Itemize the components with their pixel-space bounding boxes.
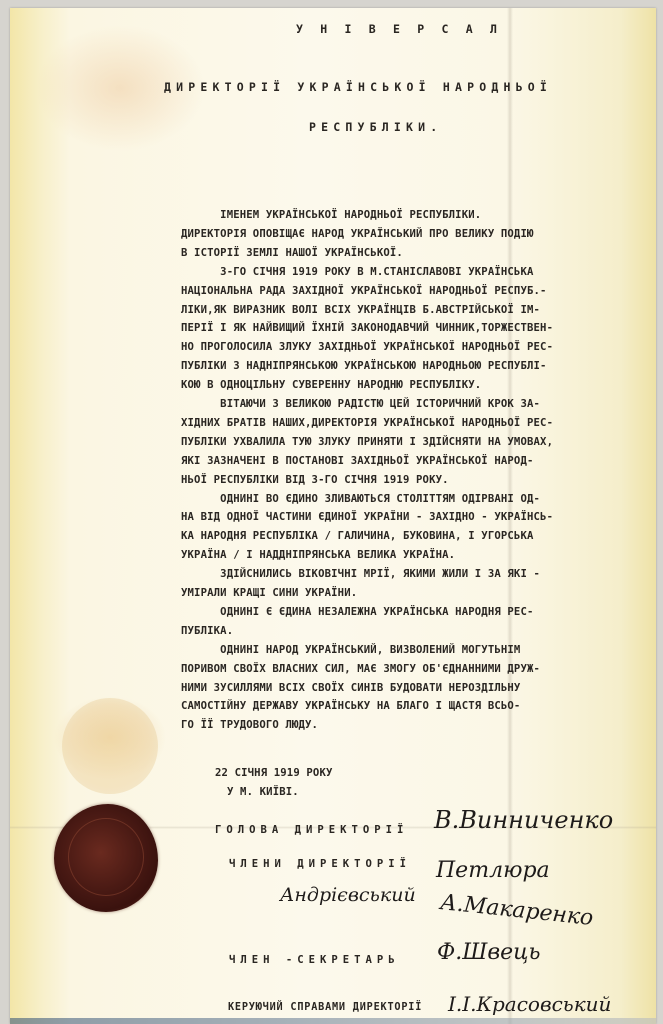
seal-stain bbox=[62, 698, 158, 794]
body-line: НАЦІОНАЛЬНА РАДА ЗАХІДНОЇ УКРАЇНСЬКОЇ НА… bbox=[181, 285, 547, 297]
body-line: В ІСТОРІЇ ЗЕМЛІ НАШОЇ УКРАЇНСЬКОЇ. bbox=[181, 247, 403, 259]
body-line: ІМЕНЕМ УКРАЇНСЬКОЇ НАРОДНЬОЇ РЕСПУБЛІКИ. bbox=[181, 209, 481, 221]
body-line: З-ГО СІЧНЯ 1919 РОКУ В М.СТАНІСЛАВОВІ УК… bbox=[181, 266, 534, 278]
body-line: ПОРИВОМ СВОЇХ ВЛАСНИХ СИЛ, МАЄ ЗМОГУ ОБ'… bbox=[181, 663, 540, 675]
head-of-directory-label: ГОЛОВА ДИРЕКТОРІЇ bbox=[215, 824, 408, 836]
manager-signature: І.І.Красовський bbox=[448, 992, 611, 1016]
head-signature: В.Винниченко bbox=[434, 806, 613, 834]
member-signature-petliura: Петлюра bbox=[436, 858, 550, 883]
document-title: У Н І В Е Р С А Л bbox=[296, 22, 502, 36]
document-subtitle-line-1: ДИРЕКТОРІЇ УКРАЇНСЬКОЇ НАРОДНЬОЇ bbox=[164, 80, 552, 94]
body-line: ОДНИНІ ВО ЄДИНО ЗЛИВАЮТЬСЯ СТОЛІТТЯМ ОДІ… bbox=[181, 493, 540, 505]
body-line: УМІРАЛИ КРАЩІ СИНИ УКРАЇНИ. bbox=[181, 587, 357, 599]
body-line: НО ПРОГОЛОСИЛА ЗЛУКУ ЗАХІДНЬОЇ УКРАЇНСЬК… bbox=[181, 341, 553, 353]
body-line: ОДНИНІ НАРОД УКРАЇНСЬКИЙ, ВИЗВОЛЕНИЙ МОГ… bbox=[181, 644, 520, 656]
seal-ring bbox=[68, 818, 144, 896]
secretary-signature: Ф.Швець bbox=[437, 940, 541, 965]
body-line: НЬОЇ РЕСПУБЛІКИ ВІД З-ГО СІЧНЯ 1919 РОКУ… bbox=[181, 474, 449, 486]
body-line: УКРАЇНА / І НАДДНІПРЯНСЬКА ВЕЛИКА УКРАЇН… bbox=[181, 549, 455, 561]
manager-label: КЕРУЮЧИЙ СПРАВАМИ ДИРЕКТОРІЇ bbox=[228, 1002, 422, 1013]
body-line: ХІДНИХ БРАТІВ НАШИХ,ДИРЕКТОРІЯ УКРАЇНСЬК… bbox=[181, 417, 553, 429]
body-line: ЛІКИ,ЯК ВИРАЗНИК ВОЛІ ВСІХ УКРАЇНЦІВ Б.А… bbox=[181, 304, 540, 316]
body-line: НИМИ ЗУСИЛЛЯМИ ВСІХ СВОЇХ СИНІВ БУДОВАТИ… bbox=[181, 682, 520, 694]
body-line: ЯКІ ЗАЗНАЧЕНІ В ПОСТАНОВІ ЗАХІДНЬОЇ УКРА… bbox=[181, 455, 534, 467]
body-line: НА ВІД ОДНОЇ ЧАСТИНИ ЄДИНОЇ УКРАЇНИ - ЗА… bbox=[181, 511, 553, 523]
place-line: У М. КИЇВІ. bbox=[227, 786, 299, 798]
document-subtitle-line-2: РЕСПУБЛІКИ. bbox=[309, 120, 442, 134]
body-line: КА НАРОДНЯ РЕСПУБЛІКА / ГАЛИЧИНА, БУКОВИ… bbox=[181, 530, 534, 542]
wax-seal-icon bbox=[54, 804, 158, 912]
member-signature-andriievskyi: Андрієвський bbox=[280, 884, 416, 906]
body-line: САМОСТІЙНУ ДЕРЖАВУ УКРАЇНСЬКУ НА БЛАГО І… bbox=[181, 700, 520, 712]
body-line: ОДНИНІ Є ЄДИНА НЕЗАЛЕЖНА УКРАЇНСЬКА НАРО… bbox=[181, 606, 534, 618]
body-line: ПУБЛІКИ УХВАЛИЛА ТУЮ ЗЛУКУ ПРИНЯТИ І ЗДІ… bbox=[181, 436, 553, 448]
body-line: ДИРЕКТОРІЯ ОПОВІЩАЄ НАРОД УКРАЇНСЬКИЙ ПР… bbox=[181, 228, 534, 240]
body-line: КОЮ В ОДНОЦІЛЬНУ СУВЕРЕННУ НАРОДНЮ РЕСПУ… bbox=[181, 379, 481, 391]
body-line: ПЕРІЇ І ЯК НАЙВИЩИЙ ЇХНІЙ ЗАКОНОДАВЧИЙ Ч… bbox=[181, 322, 553, 334]
body-line: ВІТАЮЧИ З ВЕЛИКОЮ РАДІСТЮ ЦЕЙ ІСТОРИЧНИЙ… bbox=[181, 398, 540, 410]
body-line: ПУБЛІКА. bbox=[181, 625, 233, 637]
secretary-label: ЧЛЕН -СЕКРЕТАРЬ bbox=[229, 954, 400, 966]
date-line: 22 СІЧНЯ 1919 РОКУ bbox=[215, 767, 333, 779]
body-line: ЗДІЙСНИЛИСЬ ВІКОВІЧНІ МРІЇ, ЯКИМИ ЖИЛИ І… bbox=[181, 568, 540, 580]
body-line: ГО ЇЇ ТРУДОВОГО ЛЮДУ. bbox=[181, 719, 318, 731]
page-bottom-edge bbox=[10, 1018, 656, 1024]
body-line: ПУБЛІКИ З НАДНІПРЯНСЬКОЮ УКРАЇНСЬКОЮ НАР… bbox=[181, 360, 547, 372]
members-of-directory-label: ЧЛЕНИ ДИРЕКТОРІЇ bbox=[229, 858, 411, 870]
